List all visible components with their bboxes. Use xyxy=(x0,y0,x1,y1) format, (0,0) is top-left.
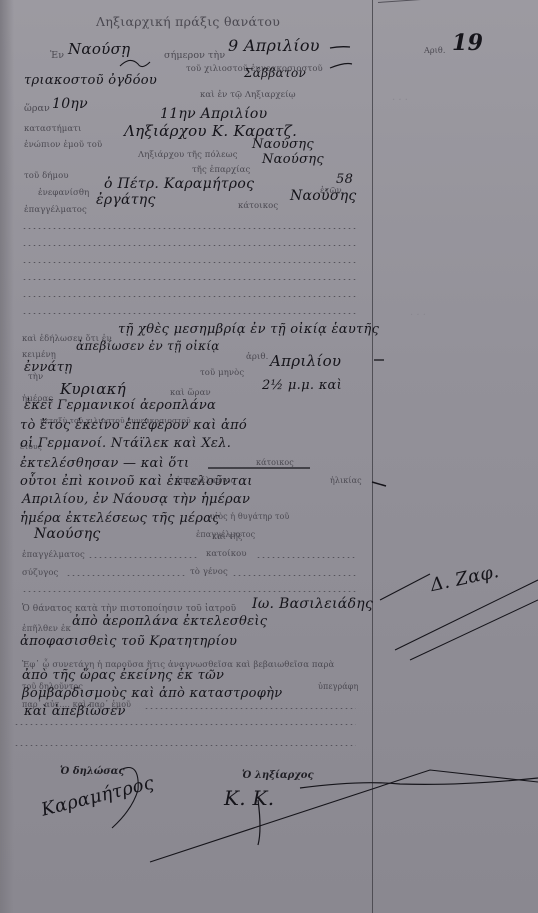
scanned-document-page: Ληξιαρχική πράξις θανάτου Αριθ. 19 Ἐν Να… xyxy=(0,0,538,913)
pen-strokes xyxy=(0,0,538,913)
